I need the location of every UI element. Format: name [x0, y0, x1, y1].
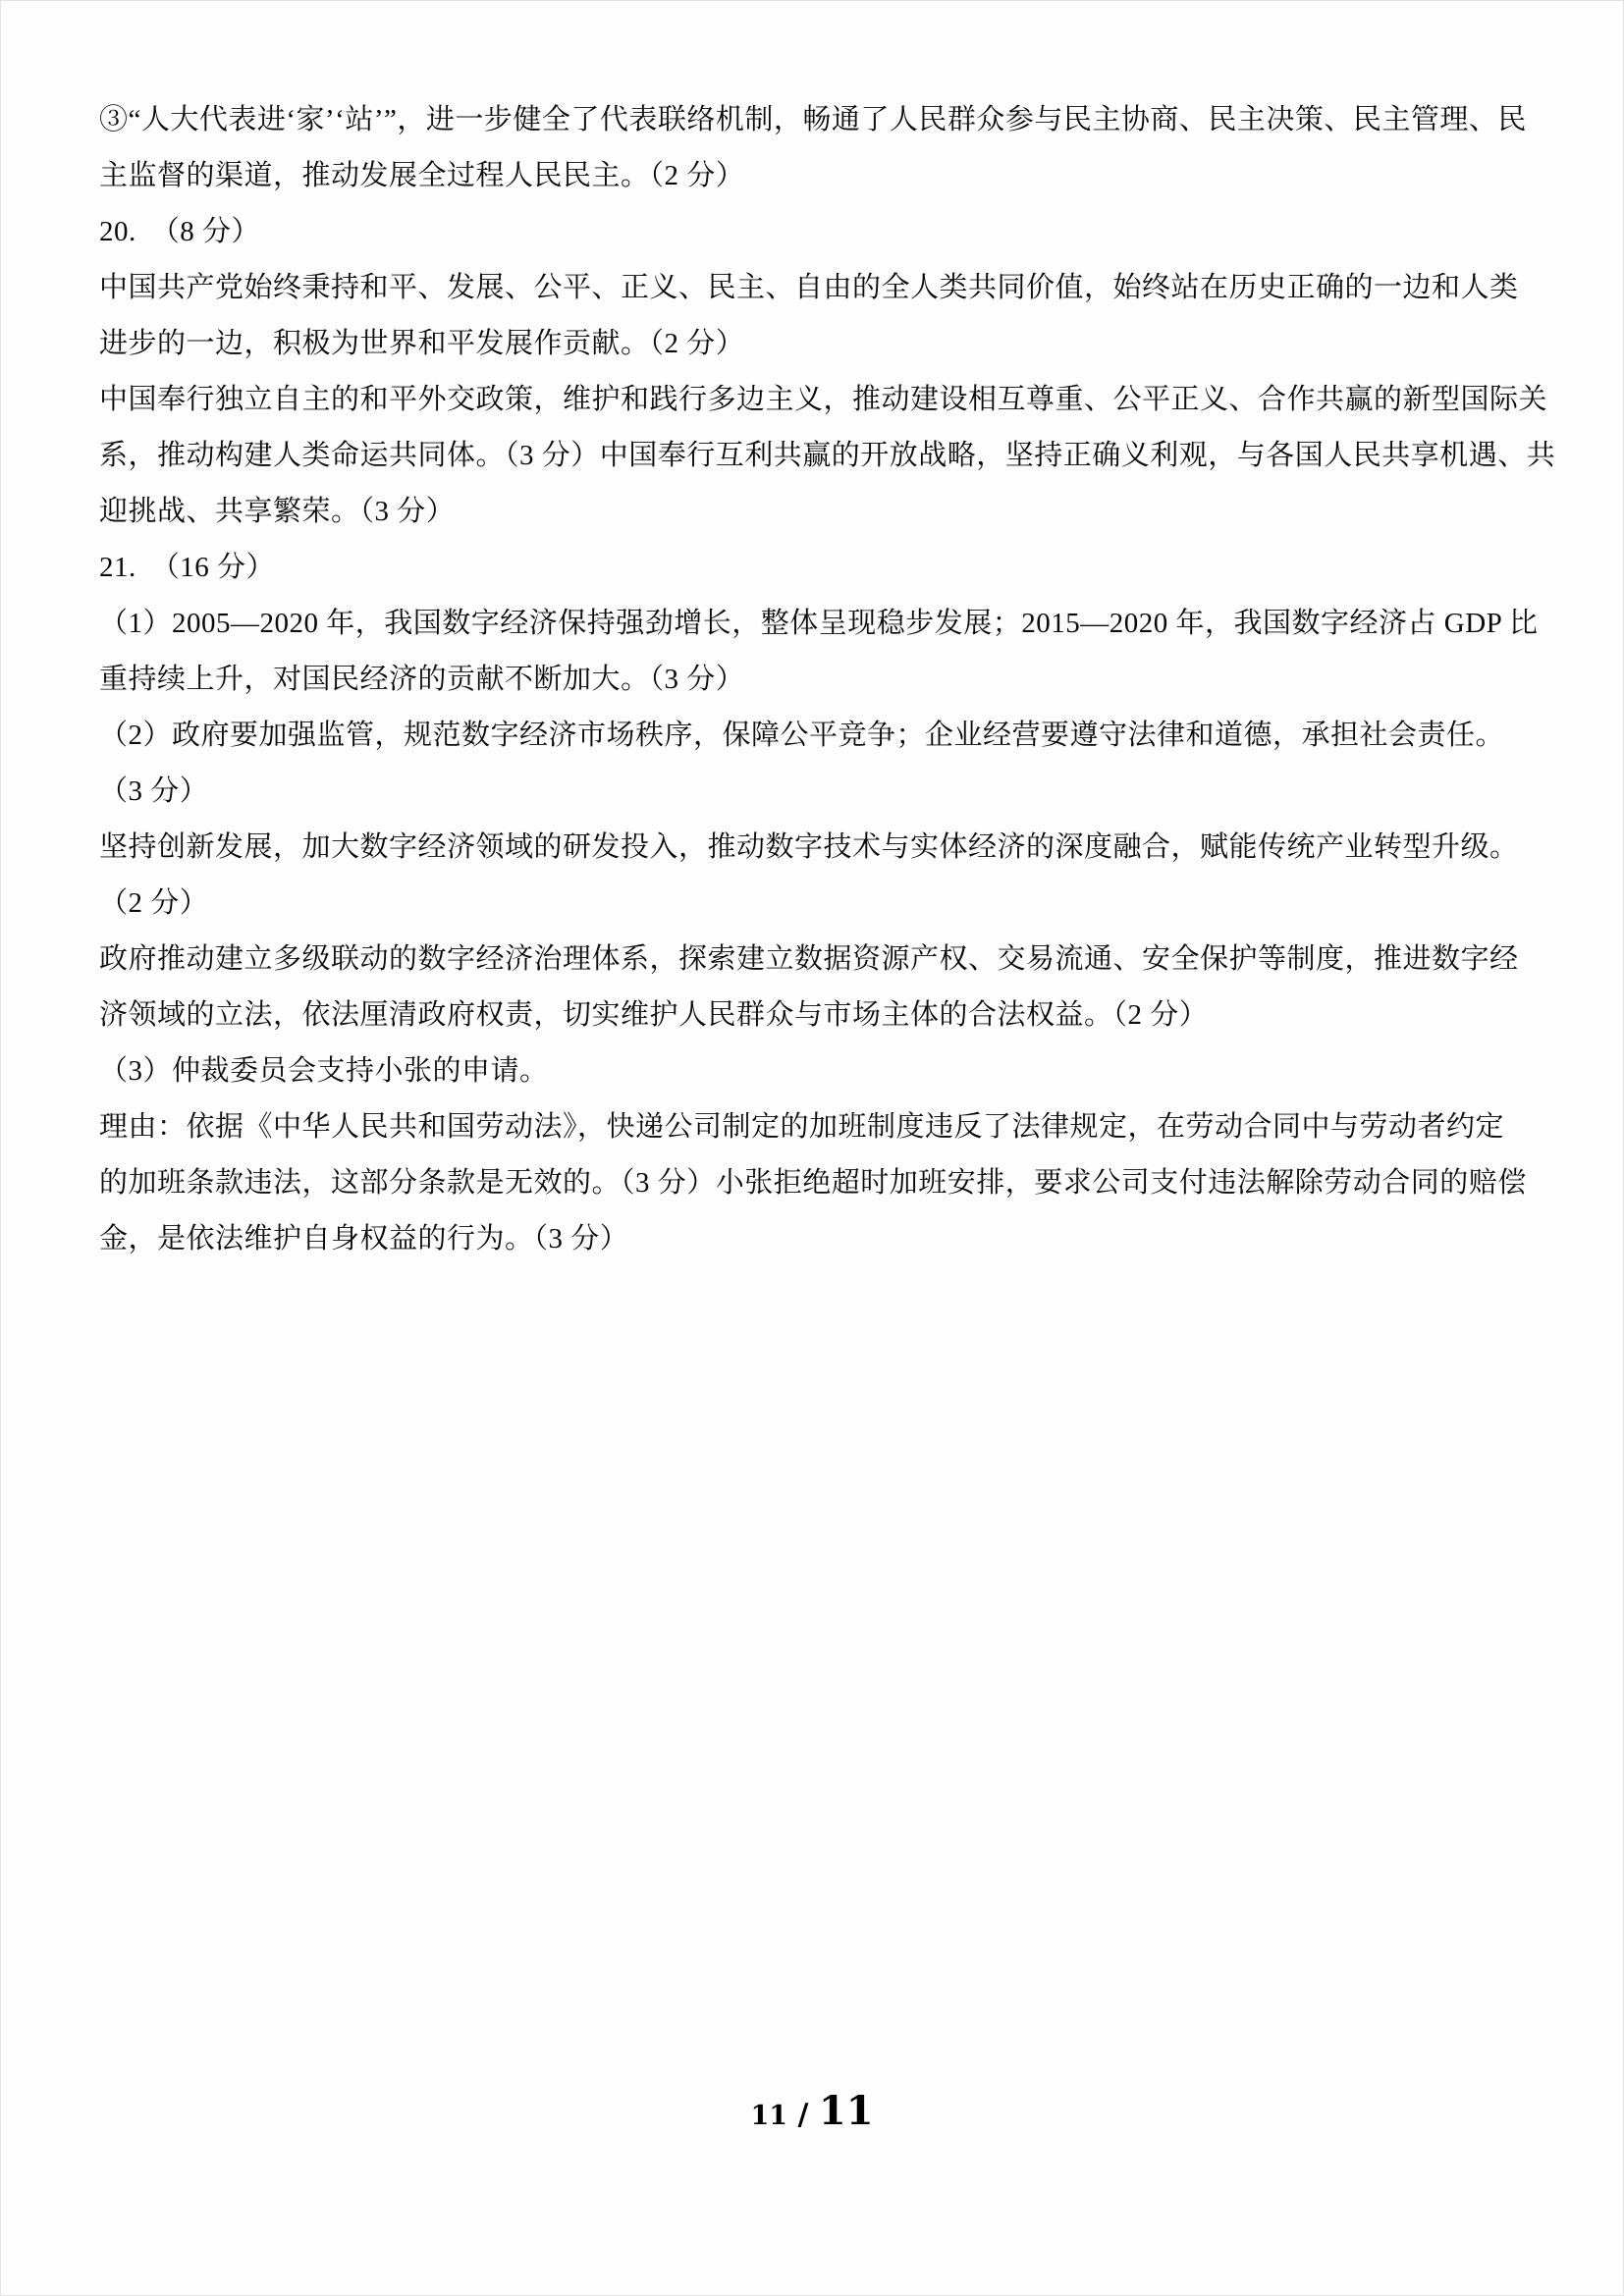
document-page: ③“人大代表进‘家’‘站’”，进一步健全了代表联络机制，畅通了人民群众参与民主协…	[0, 0, 1624, 2296]
page-number-separator: /	[787, 2098, 819, 2132]
answer-text-block: ③“人大代表进‘家’‘站’”，进一步健全了代表联络机制，畅通了人民群众参与民主协…	[99, 92, 1562, 1267]
text-line: 21. （16 分）	[99, 540, 1562, 596]
text-line: （2）政府要加强监管，规范数字经济市场秩序，保障公平竞争；企业经营要遵守法律和道…	[99, 708, 1562, 764]
text-line: 理由：依据《中华人民共和国劳动法》，快递公司制定的加班制度违反了法律规定，在劳动…	[99, 1099, 1562, 1155]
text-line: 系，推动构建人类命运共同体。（3 分）中国奉行互利共赢的开放战略，坚持正确义利观…	[99, 428, 1562, 484]
text-line: 金，是依法维护自身权益的行为。（3 分）	[99, 1211, 1562, 1267]
page-number-current: 11	[750, 2101, 787, 2131]
text-line: 济领域的立法，依法厘清政府权责，切实维护人民群众与市场主体的合法权益。（2 分）	[99, 988, 1562, 1043]
text-line: 中国奉行独立自主的和平外交政策，维护和践行多边主义，推动建设相互尊重、公平正义、…	[99, 372, 1562, 428]
page-number-total: 11	[819, 2088, 874, 2134]
text-line: （1）2005—2020 年，我国数字经济保持强劲增长，整体呈现稳步发展；201…	[99, 596, 1562, 652]
text-line: （3）仲裁委员会支持小张的申请。	[99, 1043, 1562, 1099]
text-line: 进步的一边，积极为世界和平发展作贡献。（2 分）	[99, 316, 1562, 372]
text-line: （3 分）	[99, 764, 1562, 820]
text-line: 重持续上升，对国民经济的贡献不断加大。（3 分）	[99, 652, 1562, 708]
text-line: 20. （8 分）	[99, 204, 1562, 260]
text-line: 中国共产党始终秉持和平、发展、公平、正义、民主、自由的全人类共同价值，始终站在历…	[99, 260, 1562, 316]
page-footer: 11 / 11	[1, 2088, 1623, 2134]
text-line: ③“人大代表进‘家’‘站’”，进一步健全了代表联络机制，畅通了人民群众参与民主协…	[99, 92, 1562, 148]
text-line: 政府推动建立多级联动的数字经济治理体系，探索建立数据资源产权、交易流通、安全保护…	[99, 932, 1562, 988]
text-line: （2 分）	[99, 876, 1562, 932]
text-line: 迎挑战、共享繁荣。（3 分）	[99, 484, 1562, 540]
text-line: 的加班条款违法，这部分条款是无效的。（3 分）小张拒绝超时加班安排，要求公司支付…	[99, 1155, 1562, 1211]
text-line: 主监督的渠道，推动发展全过程人民民主。（2 分）	[99, 148, 1562, 204]
text-line: 坚持创新发展，加大数字经济领域的研发投入，推动数字技术与实体经济的深度融合，赋能…	[99, 820, 1562, 876]
